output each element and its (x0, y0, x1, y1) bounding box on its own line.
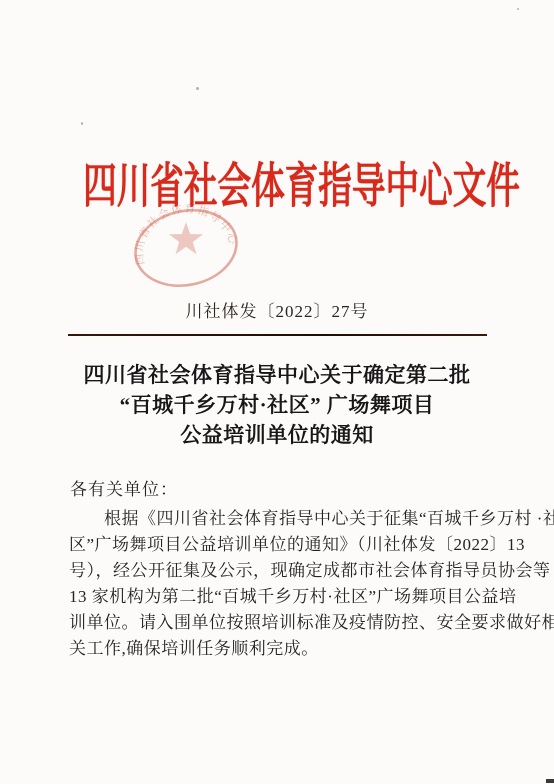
salutation: 各有关单位： (70, 478, 178, 502)
notice-title-line-3: 公益培训单位的通知 (0, 420, 554, 450)
scan-artifact (546, 779, 554, 783)
body-line: 训单位。请入围单位按照培训标准及疫情防控、安全要求做好相 (69, 610, 488, 636)
notice-title: 四川省社会体育指导中心关于确定第二批 “百城千乡万村·社区” 广场舞项目 公益培… (0, 360, 554, 450)
notice-title-line-2: “百城千乡万村·社区” 广场舞项目 (0, 390, 554, 420)
letterhead-org-title: 四川省社会体育指导中心文件 (83, 156, 471, 218)
body-line: 号），经公开征集及公示，现确定成都市社会体育指导员协会等 (69, 558, 488, 584)
header-divider (68, 334, 487, 336)
document-page: 四川省社会体育指导中心文件 四川省社会体育指导中心 川社体发〔2022〕27号 … (0, 0, 554, 784)
scan-speck (196, 87, 199, 90)
star-icon (169, 222, 203, 254)
body-line: 关工作,确保培训任务顺利完成。 (69, 636, 488, 662)
body-line: 13 家机构为第二批“百城千乡万村·社区”广场舞项目公益培 (69, 584, 488, 610)
doc-number: 川社体发〔2022〕27号 (0, 301, 554, 323)
scan-speck (517, 8, 519, 10)
body-line: 根据《四川省社会体育指导中心关于征集“百城千乡万村 ·社 (69, 506, 488, 532)
notice-title-line-1: 四川省社会体育指导中心关于确定第二批 (0, 360, 554, 390)
body-line: 区”广场舞项目公益培训单位的通知》（川社体发〔2022〕13 (69, 532, 488, 558)
body-paragraph: 根据《四川省社会体育指导中心关于征集“百城千乡万村 ·社 区”广场舞项目公益培训… (69, 506, 488, 662)
scan-speck (81, 122, 83, 125)
